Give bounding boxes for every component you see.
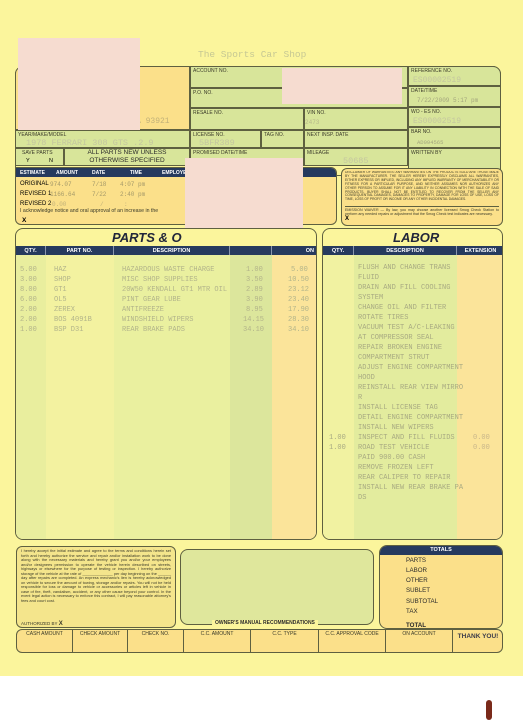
save-parts-field[interactable]: SAVE PARTS Y N [15, 148, 64, 166]
resale-no-field[interactable]: RESALE NO. [190, 108, 304, 130]
shop-name: The Sports Car Shop [198, 50, 306, 60]
on-account-field[interactable]: ON ACCOUNT [386, 630, 453, 652]
parts-title: PARTS & O [112, 230, 182, 245]
payment-row: CASH AMOUNT CHECK AMOUNT CHECK NO. C.C. … [16, 629, 503, 653]
license-no-field[interactable]: LICENSE NO. 5BFR389 [190, 130, 261, 148]
check-amount-field[interactable]: CHECK AMOUNT [73, 630, 128, 652]
totals-subtotal: SUBTOTAL [406, 598, 438, 605]
next-insp-date-field[interactable]: NEXT INSP. DATE [304, 130, 408, 148]
table-row[interactable]: 8.00 GT1 20W50 KENDALL GT1 MTR OIL 2.89 … [16, 285, 316, 295]
totals-labor: LABOR [406, 567, 427, 574]
table-row[interactable]: 6.00 OL5 PINT GEAR LUBE 3.90 23.40 [16, 295, 316, 305]
disclaimer-box: DISCLAIMER OF WARRANTIES: ANY WARRANTIES… [341, 168, 503, 226]
labor-section: LABOR QTY. DESCRIPTION EXTENSION FLUSH A… [322, 228, 503, 540]
table-row[interactable]: 1.00 BSP D31 REAR BRAKE PADS 34.10 34.10 [16, 325, 316, 335]
cash-amount-field[interactable]: CASH AMOUNT [17, 630, 73, 652]
labor-title: LABOR [393, 230, 439, 245]
estimate-row-revised1: REVISED 1 1166.64 7/22 2:40 pm [20, 191, 200, 197]
totals-other: OTHER [406, 577, 428, 584]
totals-header: TOTALS [380, 546, 502, 555]
disclaimer-text: DISCLAIMER OF WARRANTIES: ANY WARRANTIES… [345, 171, 499, 205]
owners-manual-label: OWNER'S MANUAL RECOMMENDATIONS [212, 620, 318, 626]
estimate-signature-x[interactable]: X [22, 217, 26, 224]
totals-total: TOTAL [406, 622, 426, 629]
estimate-row-revised2: REVISED 2 0.00 / : [20, 201, 200, 207]
invoice-paper: The Sports Car Shop 1109 Del Monte Blvd … [0, 0, 523, 676]
redacted-customer-name [18, 38, 140, 130]
reference-no-field[interactable]: REFERENCE NO. ES00002519 [408, 66, 501, 86]
authorized-by: AUTHORIZED BY X [21, 621, 63, 627]
mileage-field[interactable]: MILEAGE 50685 [304, 148, 408, 166]
table-row[interactable]: 2.00 BOS 4091B WINDSHIELD WIPERS 14.15 2… [16, 315, 316, 325]
save-parts-no[interactable]: N [49, 158, 53, 164]
thank-you-text: THANK YOU! [457, 633, 499, 640]
cc-approval-code-field[interactable]: C.C. APPROVAL CODE [319, 630, 386, 652]
parts-new-notice: ALL PARTS NEW UNLESS OTHERWISE SPECIFIED [64, 148, 190, 166]
authorized-signature-x[interactable]: X [59, 621, 63, 627]
cc-type-field[interactable]: C.C. TYPE [251, 630, 319, 652]
authorization-box: I hereby accept the initial estimate and… [16, 546, 176, 628]
tag-no-field[interactable]: TAG NO. [261, 130, 304, 148]
bar-no-field[interactable]: BAR NO. AD094565 [408, 127, 501, 148]
table-row[interactable]: 3.00 SHOP MISC SHOP SUPPLIES 3.50 10.50 [16, 275, 316, 285]
wo-es-no-field[interactable]: WO - ES NO. ES00002519 [408, 107, 501, 127]
table-row[interactable]: 2.00 ZEREX ANTIFREEZE 8.95 17.90 [16, 305, 316, 315]
authorization-text: I hereby accept the initial estimate and… [21, 549, 171, 603]
emission-waiver-text: EMISSION WAIVER — By law, you may choose… [345, 208, 499, 216]
owners-manual-box[interactable] [180, 549, 374, 625]
cc-amount-field[interactable]: C.C. AMOUNT [184, 630, 251, 652]
parts-section: PARTS & O QTY. PART NO. DESCRIPTION ON 5… [15, 228, 317, 540]
estimate-row-original: ORIGINAL 974.07 7/18 4:07 pm [20, 181, 200, 187]
date-time-field[interactable]: DATE/TIME 7/22/2009 5:17 pm [408, 86, 501, 107]
vin-no-field[interactable]: VIN NO. 2473 [304, 108, 408, 130]
customer-zip: A 93921 [136, 117, 170, 126]
check-no-field[interactable]: CHECK NO. [128, 630, 184, 652]
totals-box: TOTALS PARTS LABOR OTHER SUBLET SUBTOTAL… [379, 545, 503, 629]
waiver-signature-x[interactable]: X [345, 216, 349, 222]
parts-header-row: QTY. PART NO. DESCRIPTION ON [16, 246, 316, 255]
estimate-acknowledge: I acknowledge notice and oral approval o… [20, 208, 158, 214]
redacted-account-info [282, 68, 402, 104]
totals-tax: TAX [406, 608, 418, 615]
labor-header-row: QTY. DESCRIPTION EXTENSION [323, 246, 502, 255]
stain-mark [486, 700, 492, 720]
save-parts-yes[interactable]: Y [26, 158, 30, 164]
totals-sublet: SUBLET [406, 587, 430, 594]
totals-parts: PARTS [406, 557, 426, 564]
table-row[interactable]: 5.00 HAZ HAZARDOUS WASTE CHARGE 1.00 5.0… [16, 265, 316, 275]
year-make-model-field[interactable]: YEAR/MAKE/MODEL 1978 FERRARI 308 GTS .2.… [15, 130, 190, 148]
